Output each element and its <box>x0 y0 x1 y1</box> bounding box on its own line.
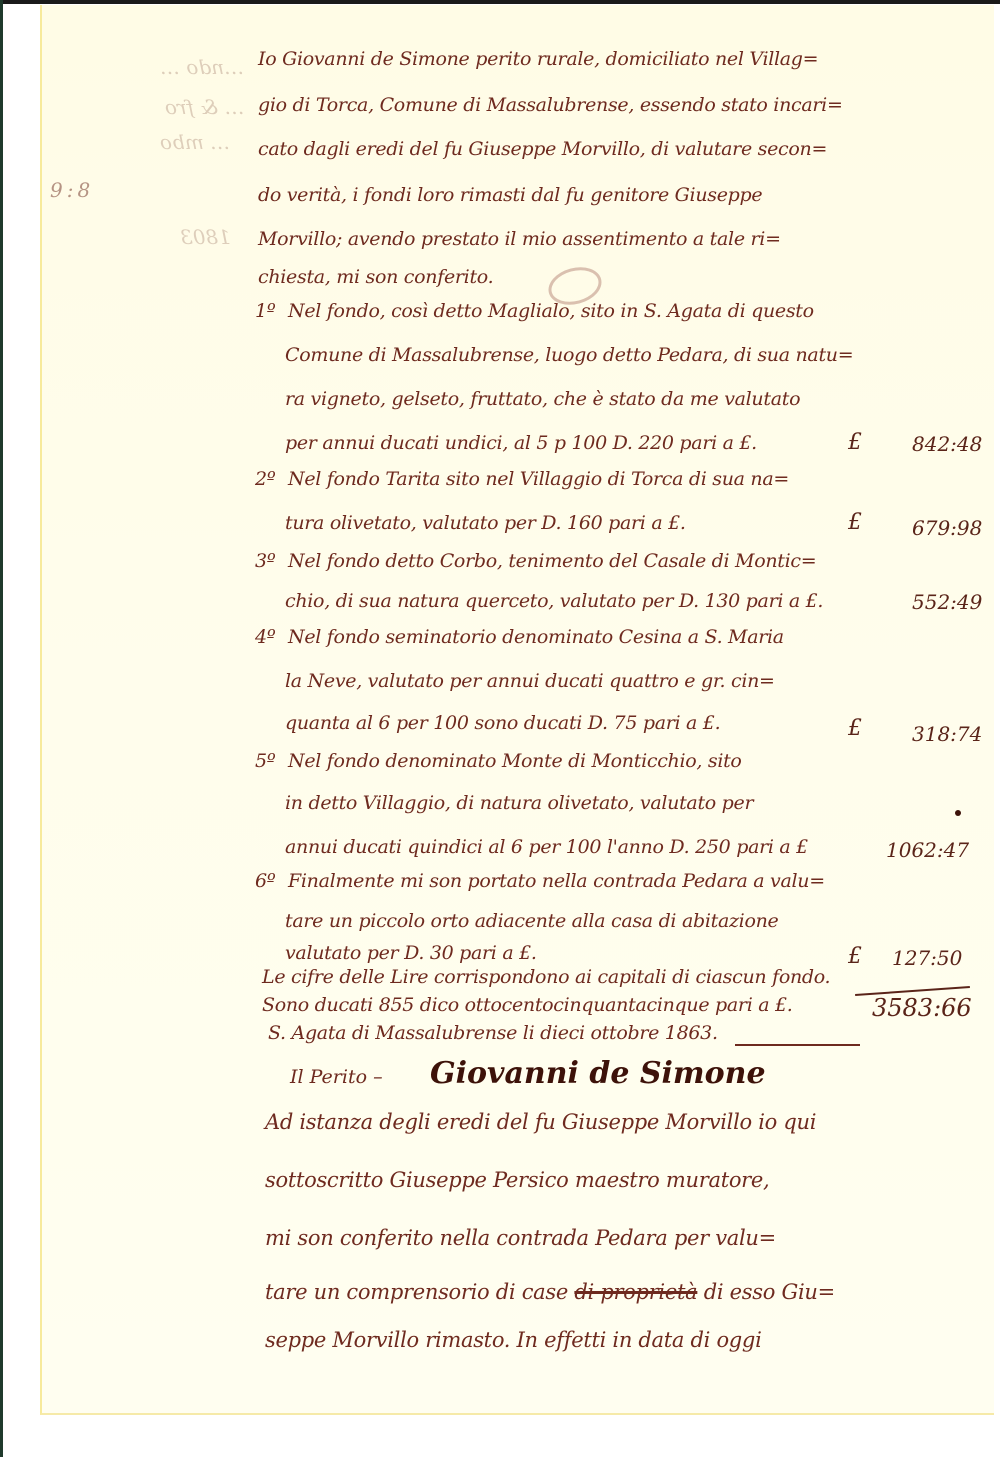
closing-sum: Sono ducati 855 dico ottocentocinquantac… <box>262 994 793 1016</box>
text-line: do verità, i fondi loro rimasti dal fu g… <box>258 184 762 206</box>
item-number: 2º <box>255 468 275 490</box>
scan-border-left <box>0 0 3 1457</box>
lira-symbol: £ <box>848 716 862 741</box>
item-line: ra vigneto, gelseto, fruttato, che è sta… <box>285 388 800 410</box>
bleed-through-text: … & fro <box>165 95 245 119</box>
item-line: Nel fondo seminatorio denominato Cesina … <box>288 626 784 648</box>
item-line: tura olivetato, valutato per D. 160 pari… <box>285 512 686 534</box>
item-amount: 552:49 <box>912 590 982 614</box>
item-number: 1º <box>255 300 275 322</box>
text-line: cato dagli eredi del fu Giuseppe Morvill… <box>258 138 827 160</box>
text-line: Io Giovanni de Simone perito rurale, dom… <box>258 48 818 70</box>
item-line: Nel fondo, così detto Maglialo, sito in … <box>288 300 814 322</box>
closing-note: Le cifre delle Lire corrispondono ai cap… <box>262 966 830 988</box>
section-line-text: tare un comprensorio di case <box>265 1280 568 1304</box>
signature: Giovanni de Simone <box>430 1056 766 1091</box>
lira-symbol: £ <box>848 510 862 535</box>
item-amount: 679:98 <box>912 516 982 540</box>
section-line: sottoscritto Giuseppe Persico maestro mu… <box>265 1168 769 1192</box>
item-line: Nel fondo Tarita sito nel Villaggio di T… <box>288 468 789 490</box>
section-line: Ad istanza degli eredi del fu Giuseppe M… <box>265 1110 816 1134</box>
item-line: Nel fondo denominato Monte di Monticchio… <box>288 750 742 772</box>
item-line: quanta al 6 per 100 sono ducati D. 75 pa… <box>285 712 720 734</box>
item-line: annui ducati quindici al 6 per 100 l'ann… <box>285 836 808 858</box>
scan-border-top <box>0 0 1000 4</box>
place-date: S. Agata di Massalubrense li dieci ottob… <box>268 1022 718 1044</box>
item-number: 4º <box>255 626 275 648</box>
item-line: valutato per D. 30 pari a £. <box>285 942 537 964</box>
item-number: 6º <box>255 870 275 892</box>
item-number: 5º <box>255 750 275 772</box>
section-line: mi son conferito nella contrada Pedara p… <box>265 1226 776 1250</box>
lira-symbol: £ <box>848 430 862 455</box>
bleed-through-text: …ndo … <box>160 55 244 79</box>
item-line: chio, di sua natura querceto, valutato p… <box>285 590 823 612</box>
item-line: Nel fondo detto Corbo, tenimento del Cas… <box>288 550 816 572</box>
item-amount: 842:48 <box>912 432 982 456</box>
margin-note: 9:8 <box>50 178 94 202</box>
item-line: in detto Villaggio, di natura olivetato,… <box>285 792 753 814</box>
ink-dot <box>955 810 961 816</box>
bleed-through-text: 1803 <box>180 225 231 249</box>
grand-total: 3583:66 <box>872 994 972 1022</box>
item-line: Comune di Massalubrense, luogo detto Ped… <box>285 344 853 366</box>
closing-rule <box>735 1044 860 1046</box>
section-line: tare un comprensorio di case di propriet… <box>265 1280 835 1304</box>
item-line: la Neve, valutato per annui ducati quatt… <box>285 670 775 692</box>
struck-out-text: di proprietà <box>574 1280 697 1304</box>
item-amount: 127:50 <box>892 946 962 970</box>
item-number: 3º <box>255 550 275 572</box>
signature-label: Il Perito – <box>290 1066 383 1088</box>
section-line-text: di esso Giu= <box>704 1280 835 1304</box>
text-line: gio di Torca, Comune di Massalubrense, e… <box>258 94 843 116</box>
text-line: Morvillo; avendo prestato il mio assenti… <box>258 228 781 250</box>
item-line: per annui ducati undici, al 5 p 100 D. 2… <box>285 432 757 454</box>
bleed-through-text: … mbo <box>160 130 230 154</box>
item-line: Finalmente mi son portato nella contrada… <box>288 870 825 892</box>
item-line: tare un piccolo orto adiacente alla casa… <box>285 910 778 932</box>
section-line: seppe Morvillo rimasto. In effetti in da… <box>265 1328 762 1352</box>
item-amount: 318:74 <box>912 722 982 746</box>
lira-symbol: £ <box>848 944 862 969</box>
text-line: chiesta, mi son conferito. <box>258 266 493 288</box>
manuscript-page <box>40 5 994 1415</box>
item-amount: 1062:47 <box>886 838 969 862</box>
